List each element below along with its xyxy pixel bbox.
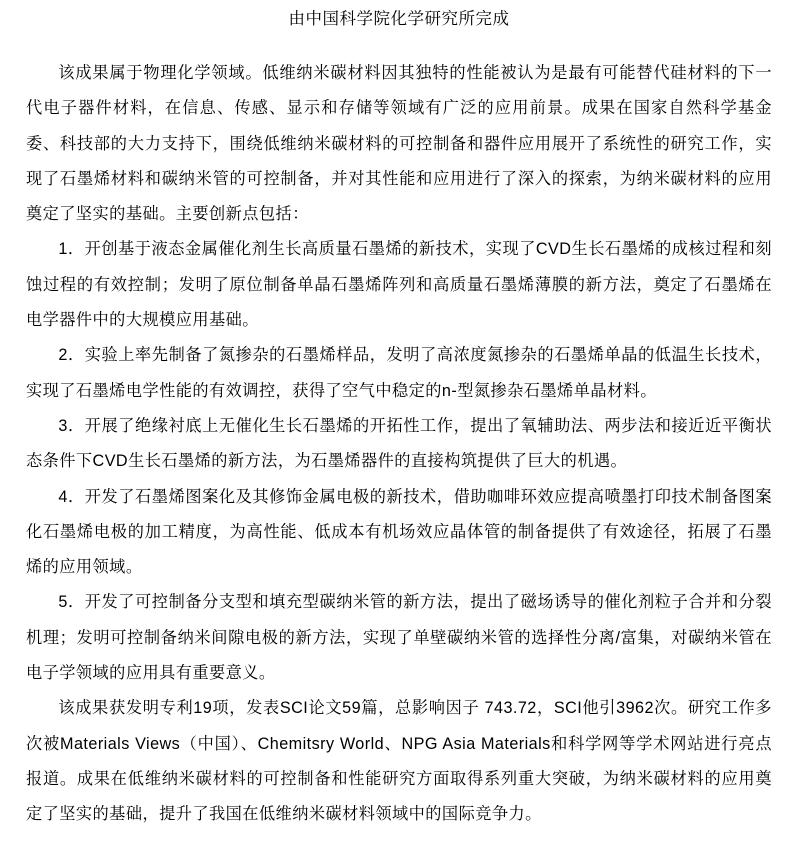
paragraph-innovation-1: 1．开创基于液态金属催化剂生长高质量石墨烯的新技术，实现了CVD生长石墨烯的成核… — [26, 232, 772, 338]
document-page: 由中国科学院化学研究所完成 该成果属于物理化学领域。低维纳米碳材料因其独特的性能… — [0, 0, 800, 841]
paragraph-innovation-2: 2．实验上率先制备了氮掺杂的石墨烯样品，发明了高浓度氮掺杂的石墨烯单晶的低温生长… — [26, 338, 772, 409]
paragraph-innovation-5: 5．开发了可控制备分支型和填充型碳纳米管的新方法，提出了磁场诱导的催化剂粒子合并… — [26, 585, 772, 691]
paragraph-innovation-3: 3．开展了绝缘衬底上无催化生长石墨烯的开拓性工作，提出了氧辅助法、两步法和接近近… — [26, 409, 772, 480]
paragraph-summary: 该成果获发明专利19项，发表SCI论文59篇，总影响因子 743.72，SCI他… — [26, 691, 772, 832]
document-title: 由中国科学院化学研究所完成 — [26, 9, 772, 29]
paragraph-intro: 该成果属于物理化学领域。低维纳米碳材料因其独特的性能被认为是最有可能替代硅材料的… — [26, 56, 772, 232]
document-body: 该成果属于物理化学领域。低维纳米碳材料因其独特的性能被认为是最有可能替代硅材料的… — [26, 56, 772, 833]
paragraph-innovation-4: 4．开发了石墨烯图案化及其修饰金属电极的新技术，借助咖啡环效应提高喷墨打印技术制… — [26, 480, 772, 586]
